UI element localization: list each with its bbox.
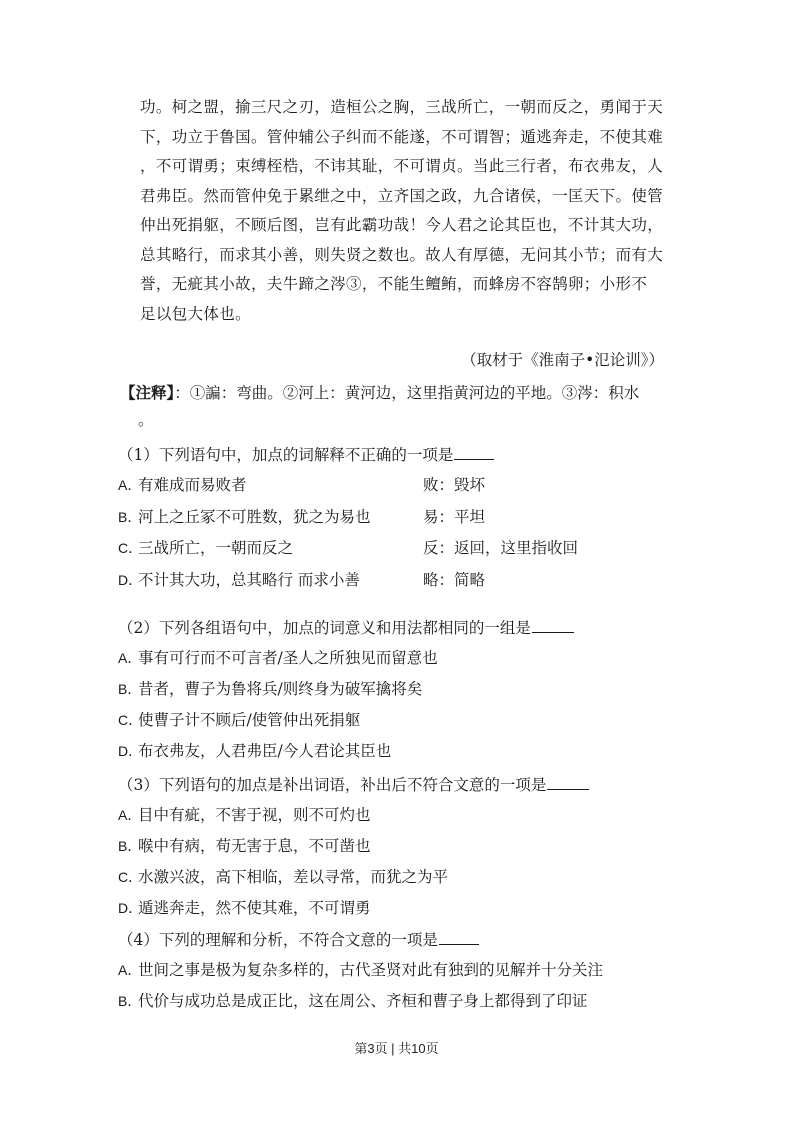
option-text: 布衣弗友，人君弗臣/今人君论其臣也 [138, 742, 391, 760]
option-gloss: 略：简略 [423, 565, 485, 597]
option-letter: C． [118, 862, 138, 893]
option-a: A．事有可行而不可言者/圣人之所独见而留意也 [118, 643, 574, 674]
answer-blank [439, 928, 479, 945]
passage-line: 足以包大体也。 [140, 300, 670, 330]
option-letter: B． [118, 831, 138, 862]
page-footer: 第3页 | 共10页 [0, 1038, 793, 1057]
question-stem: （2）下列各组语句中，加点的词意义和用法都相同的一组是 [118, 619, 531, 637]
option-d: D．遁逃奔走，然不使其难，不可谓勇 [118, 893, 589, 924]
option-text: 三战所亡，一朝而反之 [138, 539, 293, 557]
option-text: 有难成而易败者 [138, 476, 247, 494]
option-text: 喉中有病，苟无害于息，不可凿也 [138, 837, 371, 855]
notes-label: 【注释】 [120, 383, 174, 402]
question-4: （4）下列的理解和分析，不符合文意的一项是 A．世间之事是极为复杂多样的，古代圣… [118, 925, 603, 1017]
option-b: B．喉中有病，苟无害于息，不可凿也 [118, 831, 589, 862]
passage-line: 功。柯之盟，揄三尺之刃，造桓公之胸，三战所亡，一朝而反之，勇闻于天 [140, 93, 670, 123]
question-stem: （3）下列语句的加点是补出词语，补出后不符合文意的一项是 [118, 776, 546, 794]
option-gloss: 易：平坦 [423, 502, 485, 534]
option-a: A．有难成而易败者 败：毁坏 [118, 470, 494, 502]
option-letter: A． [118, 470, 138, 502]
option-b: B．河上之丘冢不可胜数，犹之为易也 易：平坦 [118, 502, 494, 534]
option-text: 河上之丘冢不可胜数，犹之为易也 [138, 508, 371, 526]
option-letter: B． [118, 502, 138, 534]
passage-line: 下，功立于鲁国。管仲辅公子纠而不能遂，不可谓智；遁逃奔走，不使其难 [140, 123, 670, 153]
option-letter: A． [118, 643, 138, 674]
passage-line: 总其略行，而求其小善，则失贤之数也。故人有厚德，无问其小节；而有大 [140, 241, 670, 271]
option-c: C．使曹子计不顾后/使管仲出死捐躯 [118, 705, 574, 736]
option-letter: A． [118, 800, 138, 831]
option-text: 事有可行而不可言者/圣人之所独见而留意也 [138, 649, 438, 667]
passage-line: 誉，无疵其小故，夫牛蹄之涔③，不能生鳣鲔，而蜂房不容鹄卵；小形不 [140, 270, 670, 300]
option-gloss: 反：返回，这里指收回 [423, 533, 578, 565]
option-c: C．三战所亡，一朝而反之 反：返回，这里指收回 [118, 533, 494, 565]
option-b: B．代价与成功总是成正比，这在周公、齐桓和曹子身上都得到了印证 [118, 986, 603, 1017]
option-c: C．水激兴波，高下相临，差以寻常，而犹之为平 [118, 862, 589, 893]
option-text: 水激兴波，高下相临，差以寻常，而犹之为平 [138, 868, 448, 886]
option-a: A．世间之事是极为复杂多样的，古代圣贤对此有独到的见解并十分关注 [118, 955, 603, 986]
notes-text: ：①諞：弯曲。②河上：黄河边，这里指黄河边的平地。③涔：积水 [174, 384, 639, 402]
option-letter: B． [118, 986, 138, 1017]
option-letter: D． [118, 565, 138, 597]
option-letter: A． [118, 955, 138, 986]
option-b: B．昔者，曹子为鲁将兵/则终身为破军擒将矣 [118, 674, 574, 705]
passage-line: 仲出死捐躯，不顾后图，岂有此霸功哉！今人君之论其臣也，不计其大功， [140, 211, 670, 241]
answer-blank [547, 773, 589, 790]
option-text: 昔者，曹子为鲁将兵/则终身为破军擒将矣 [138, 680, 422, 698]
option-text: 代价与成功总是成正比，这在周公、齐桓和曹子身上都得到了印证 [138, 992, 588, 1010]
option-letter: B． [118, 674, 138, 705]
passage-source: （取材于《淮南子•氾论训》） [461, 349, 664, 371]
question-stem: （1）下列语句中，加点的词解释不正确的一项是 [118, 446, 453, 464]
option-d: D．不计其大功，总其略行 而求小善 略：简略 [118, 565, 494, 597]
option-letter: D． [118, 736, 138, 767]
passage-line: 君弗臣。然而管仲免于累绁之中，立齐国之政，九合诸侯，一匡天下。使管 [140, 182, 670, 212]
passage-line: ，不可谓勇；束缚桎梏，不讳其耻，不可谓贞。当此三行者，布衣弗友，人 [140, 152, 670, 182]
option-letter: D． [118, 893, 138, 924]
option-text: 使曹子计不顾后/使管仲出死捐躯 [138, 711, 360, 729]
classical-passage: 功。柯之盟，揄三尺之刃，造桓公之胸，三战所亡，一朝而反之，勇闻于天 下，功立于鲁… [140, 93, 670, 329]
question-3: （3）下列语句的加点是补出词语，补出后不符合文意的一项是 A．目中有疵，不害于视… [118, 770, 589, 924]
answer-blank [532, 616, 574, 633]
option-letter: C． [118, 705, 138, 736]
question-stem: （4）下列的理解和分析，不符合文意的一项是 [118, 931, 438, 949]
answer-blank [454, 443, 494, 460]
option-letter: C． [118, 533, 138, 565]
document-page: 功。柯之盟，揄三尺之刃，造桓公之胸，三战所亡，一朝而反之，勇闻于天 下，功立于鲁… [0, 0, 793, 1122]
annotation-notes: 【注释】：①諞：弯曲。②河上：黄河边，这里指黄河边的平地。③涔：积水 。 [120, 381, 675, 435]
question-1: （1）下列语句中，加点的词解释不正确的一项是 A．有难成而易败者 败：毁坏 B．… [118, 440, 494, 596]
option-gloss: 败：毁坏 [423, 470, 485, 502]
option-text: 不计其大功，总其略行 而求小善 [138, 571, 360, 589]
option-text: 世间之事是极为复杂多样的，古代圣贤对此有独到的见解并十分关注 [138, 961, 603, 979]
question-2: （2）下列各组语句中，加点的词意义和用法都相同的一组是 A．事有可行而不可言者/… [118, 613, 574, 767]
notes-tail: 。 [120, 405, 675, 435]
option-a: A．目中有疵，不害于视，则不可灼也 [118, 800, 589, 831]
option-text: 遁逃奔走，然不使其难，不可谓勇 [138, 899, 371, 917]
option-text: 目中有疵，不害于视，则不可灼也 [138, 806, 371, 824]
option-d: D．布衣弗友，人君弗臣/今人君论其臣也 [118, 736, 574, 767]
